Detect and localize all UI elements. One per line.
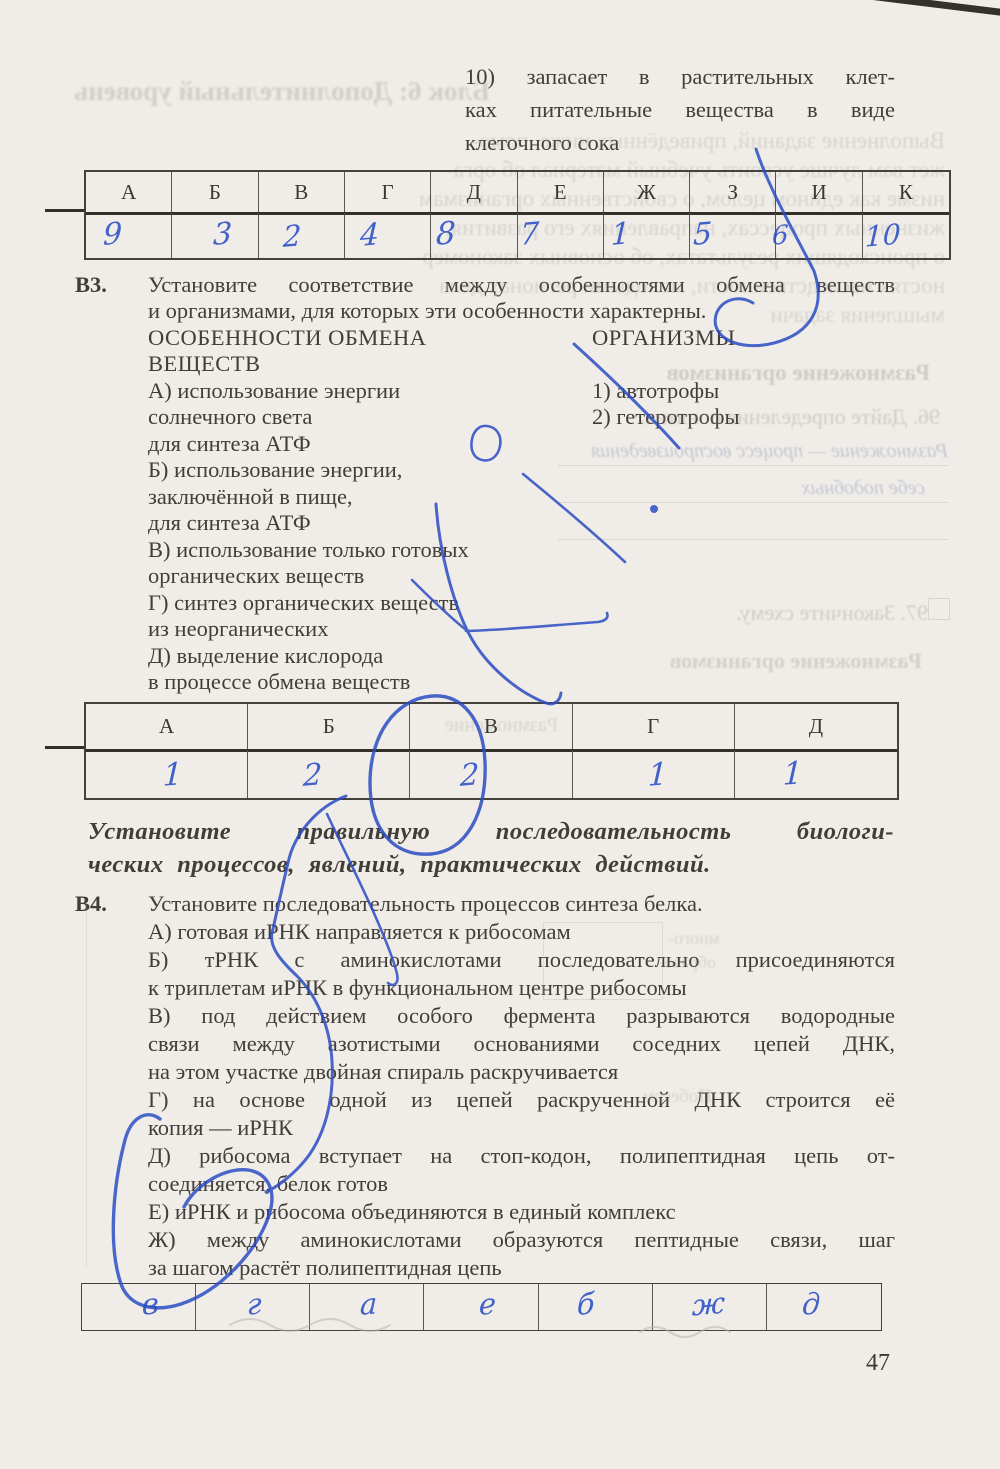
bleedthrough-box-edge <box>86 902 87 1267</box>
table-header-cell: Д <box>735 704 897 749</box>
table-header-cell: А <box>86 172 172 212</box>
task-b4-line: Е) иРНК и рибосома объединяются в единый… <box>148 1199 676 1225</box>
table-header-cell: А <box>86 704 248 749</box>
task-b4-line: на этом участке двойная спираль раскручи… <box>148 1059 618 1085</box>
table-answer-cell: 4 <box>345 212 431 258</box>
bleedthrough-item97: 97. Закончите схему. <box>598 600 928 626</box>
handwritten-letter: б <box>576 1286 595 1322</box>
answers-table-3: в г а е б ж д <box>81 1283 882 1331</box>
handwritten-answer: 4 <box>359 217 379 254</box>
table-answer-cell: 10 <box>863 212 949 258</box>
task-b4-line: Установите последовательность процессов … <box>148 891 703 917</box>
handwritten-answer: 9 <box>102 216 122 253</box>
task-b4-line: Ж) между аминокислотами образуются пепти… <box>148 1227 895 1253</box>
table-answer-cell: 1 <box>86 749 248 798</box>
table-header-cell: Б <box>172 172 258 212</box>
table-answer-cell: ж <box>653 1284 767 1330</box>
bleedthrough-handwriting: себе подобных <box>585 477 925 500</box>
table-answer-cell: 2 <box>410 749 572 798</box>
table-answer-cell: е <box>424 1284 538 1330</box>
table-answer-cell: 1 <box>604 212 690 258</box>
handwritten-letter: а <box>360 1286 378 1322</box>
table-header-cell: З <box>690 172 776 212</box>
table-answer-cell: 1 <box>573 749 735 798</box>
table-answer-cell: 6 <box>776 212 862 258</box>
ink-dot <box>650 505 658 513</box>
workbook-page: Блок 6: Дополнительный уровень Выполнени… <box>0 0 1000 1469</box>
table-header-cell: Б <box>248 704 410 749</box>
table-answer-cell: 9 <box>86 212 172 258</box>
b3-option-line: Д) выделение кислорода <box>148 643 383 669</box>
page-number: 47 <box>866 1350 890 1377</box>
task-b4-line: связи между азотистыми основаниями сосед… <box>148 1031 895 1057</box>
b3-option-line: солнечного света <box>148 404 312 430</box>
b3-option-line: А) использование энергии <box>148 378 400 404</box>
top-item-line: 10) запасает в растительных клет- <box>465 64 895 90</box>
top-item-line-2: ках питательные вещества в виде <box>465 97 895 123</box>
handwritten-answer: 1 <box>162 756 183 794</box>
task-b4-line: А) готовая иРНК направляется к рибосомам <box>148 919 571 945</box>
table-header-cell: В <box>410 704 572 749</box>
table-answer-cell: д <box>767 1284 881 1330</box>
task-b4-line: Д) рибосома вступает на стоп-кодон, поли… <box>148 1143 895 1169</box>
b3-option-line: в процессе обмена веществ <box>148 669 410 695</box>
table-header-cell: Ж <box>604 172 690 212</box>
b3-option-line: заключённой в пище, <box>148 484 353 510</box>
bleedthrough-line: Выполнение заданий, приведённых ниже, по… <box>52 128 945 154</box>
handwritten-answer: 1 <box>782 755 803 793</box>
table-header-cell: Г <box>573 704 735 749</box>
task-b4-line: копия — иРНК <box>148 1115 293 1141</box>
table-header-cell: Е <box>518 172 604 212</box>
pen-circle-mark <box>471 426 500 461</box>
table-answer-cell: 2 <box>259 212 345 258</box>
section-instruction-line-2: ческих процессов, явлений, практических … <box>88 851 711 879</box>
ruled-line <box>558 465 948 466</box>
handwritten-answer: 5 <box>693 216 713 253</box>
handwritten-answer: 2 <box>282 218 302 254</box>
pencil-task-icon <box>928 598 950 620</box>
bleedthrough-subheading: Размножение организмов <box>622 648 922 674</box>
table-answer-cell: 8 <box>431 212 517 258</box>
handwritten-answer: 10 <box>864 217 901 253</box>
handwritten-answer: 7 <box>519 216 539 253</box>
task-b4-text: Д) рибосома вступает на стоп-кодон, поли… <box>148 1143 895 1169</box>
handwritten-answer: 1 <box>610 216 630 253</box>
ruled-line <box>558 539 948 540</box>
b3-option-line: органических веществ <box>148 563 364 589</box>
table-rule-extension <box>45 209 86 212</box>
table-answer-cell: 7 <box>518 212 604 258</box>
task-b4-text: Г) на основе одной из цепей раскрученной… <box>148 1087 895 1113</box>
bleedthrough-header: Блок 6: Дополнительный уровень <box>90 76 490 107</box>
section-instruction-text-1: Установите правильную последовательность… <box>88 818 894 846</box>
handwritten-answer: 2 <box>460 757 480 794</box>
table-answer-cell: а <box>310 1284 424 1330</box>
top-item-line: ках питательные вещества в виде <box>465 97 895 123</box>
handwritten-answer: 2 <box>303 757 323 794</box>
handwritten-letter: ж <box>691 1285 725 1322</box>
bleedthrough-word: образо- <box>596 952 716 973</box>
answers-table-1: А Б В Г Д Е Ж З И К 9 3 2 4 8 7 1 5 6 10 <box>84 170 951 260</box>
answers-table-2: А Б В Г Д 1 2 2 1 1 <box>84 702 899 800</box>
table-answer-cell: 1 <box>735 749 897 798</box>
task-b4-line: В) под действием особого фермента разрыв… <box>148 1003 895 1029</box>
table-header-cell: Г <box>345 172 431 212</box>
b3-option-line: из неорганических <box>148 616 328 642</box>
bleedthrough-line: ностях наследственности, молодыми регион… <box>52 273 945 299</box>
bleedthrough-item96: 96. Дайте определения понятия. <box>565 404 940 430</box>
handwritten-letter: д <box>801 1286 821 1322</box>
ruled-line <box>558 502 948 503</box>
table-answer-cell: 3 <box>172 212 258 258</box>
task-b4-text: В) под действием особого фермента разрыв… <box>148 1003 895 1029</box>
bleedthrough-subheading: Размножение организмов <box>600 360 930 386</box>
pen-stroke <box>466 613 608 631</box>
scan-edge-artifact <box>872 0 1000 16</box>
b3-option-line: для синтеза АТФ <box>148 510 311 536</box>
bleedthrough-line: мышления задачи <box>52 302 945 328</box>
b3-left-heading-2: ВЕЩЕСТВ <box>148 351 260 377</box>
handwritten-letter: в <box>141 1286 159 1322</box>
handwritten-answer: 8 <box>436 215 457 253</box>
task-b4-text: Ж) между аминокислотами образуются пепти… <box>148 1227 895 1253</box>
b3-left-heading-1: ОСОБЕННОСТИ ОБМЕНА <box>148 325 427 351</box>
b3-option-line: Г) синтез органических веществ <box>148 590 459 616</box>
table-header-cell: В <box>259 172 345 212</box>
table-answer-cell: б <box>539 1284 653 1330</box>
task-b4-line: соединяется, белок готов <box>148 1171 388 1197</box>
bleedthrough-word: Побегом <box>592 1086 712 1108</box>
task-b4-line: Б) тРНК с аминокислотами последовательно… <box>148 947 895 973</box>
handwritten-answer: 3 <box>213 216 233 253</box>
task-b4-line: Г) на основе одной из цепей раскрученной… <box>148 1087 895 1113</box>
table-answer-cell: 5 <box>690 212 776 258</box>
handwritten-answer: 6 <box>772 220 790 252</box>
table-header-cell: К <box>863 172 949 212</box>
task-b4-text: связи между азотистыми основаниями сосед… <box>148 1031 895 1057</box>
table-answer-cell: в <box>82 1284 196 1330</box>
handwritten-letter: г <box>247 1286 263 1322</box>
b3-organisms-heading: ОРГАНИЗМЫ <box>592 325 735 351</box>
section-instruction-line-1: Установите правильную последовательность… <box>88 818 894 846</box>
handwritten-letter: е <box>479 1286 497 1322</box>
table-header-cell: Д <box>431 172 517 212</box>
table-rule-extension <box>45 746 86 749</box>
task-b4-line: за шагом растёт полипептидная цепь <box>148 1255 502 1281</box>
table-answer-cell: г <box>196 1284 310 1330</box>
b3-option-line: В) использование только готовых <box>148 537 469 563</box>
b3-option-line: Б) использование энергии, <box>148 457 402 483</box>
handwritten-answer: 1 <box>647 756 668 794</box>
task-b4-text: Б) тРНК с аминокислотами последовательно… <box>148 947 895 973</box>
table-answer-cell: 2 <box>248 749 410 798</box>
bleedthrough-handwriting: Размножение — процесс воспроизведения <box>558 440 948 463</box>
task-b4-label: В4. <box>75 891 107 917</box>
top-item-line-1: 10) запасает в растительных клет- <box>465 64 895 90</box>
table-header-cell: И <box>776 172 862 212</box>
bleedthrough-word: много- <box>600 928 720 949</box>
b3-option-line: для синтеза АТФ <box>148 431 311 457</box>
